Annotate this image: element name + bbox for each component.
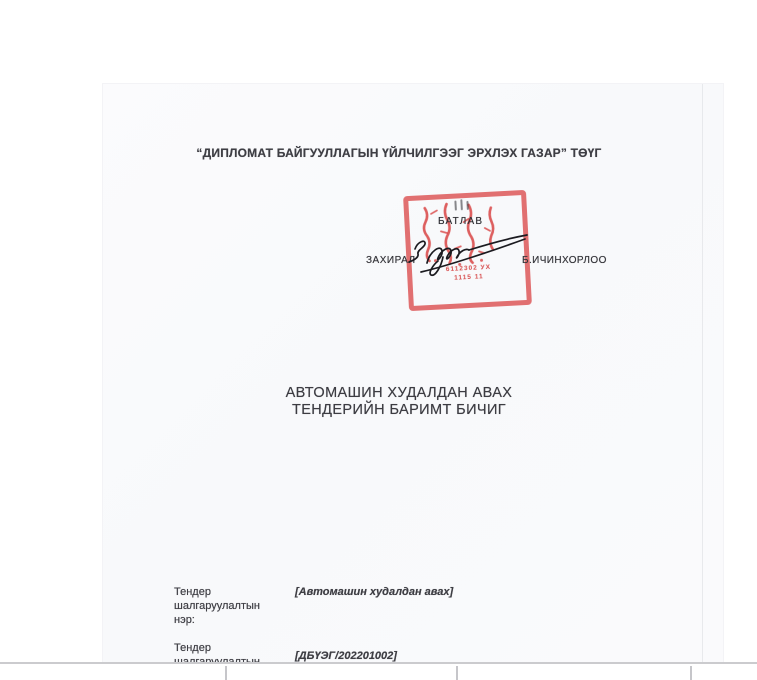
organization-title: “ДИПЛОМАТ БАЙГУУЛЛАГЫН ҮЙЛЧИЛГЭЭГ ЭРХЛЭХ… [103, 146, 695, 160]
approve-label: БАТЛАВ [438, 216, 483, 227]
table-column-divider [225, 666, 227, 680]
director-name: Б.ИЧИНХОРЛОО [522, 255, 607, 266]
signature-icon [406, 227, 534, 283]
screen-background: “ДИПЛОМАТ БАЙГУУЛЛАГЫН ҮЙЛЧИЛГЭЭГ ЭРХЛЭХ… [0, 0, 757, 680]
main-title-line2: ТЕНДЕРИЙН БАРИМТ БИЧИГ [103, 402, 695, 419]
table-column-divider [456, 666, 458, 680]
scanned-document-page: “ДИПЛОМАТ БАЙГУУЛЛАГЫН ҮЙЛЧИЛГЭЭГ ЭРХЛЭХ… [103, 84, 723, 663]
main-title-line1: АВТОМАШИН ХУДАЛДАН АВАХ [103, 385, 695, 402]
page-edge-line [702, 84, 703, 663]
tender-name-label: Тендер шалгаруулалтын нэр: [174, 585, 269, 627]
tender-number-label: Тендер шалгаруулалтын [174, 641, 269, 663]
document-main-title: АВТОМАШИН ХУДАЛДАН АВАХ ТЕНДЕРИЙН БАРИМТ… [103, 385, 695, 419]
table-column-divider [690, 666, 692, 680]
tender-name-value: [Автомашин худалдан авах] [295, 586, 525, 599]
table-top-border [0, 662, 757, 664]
